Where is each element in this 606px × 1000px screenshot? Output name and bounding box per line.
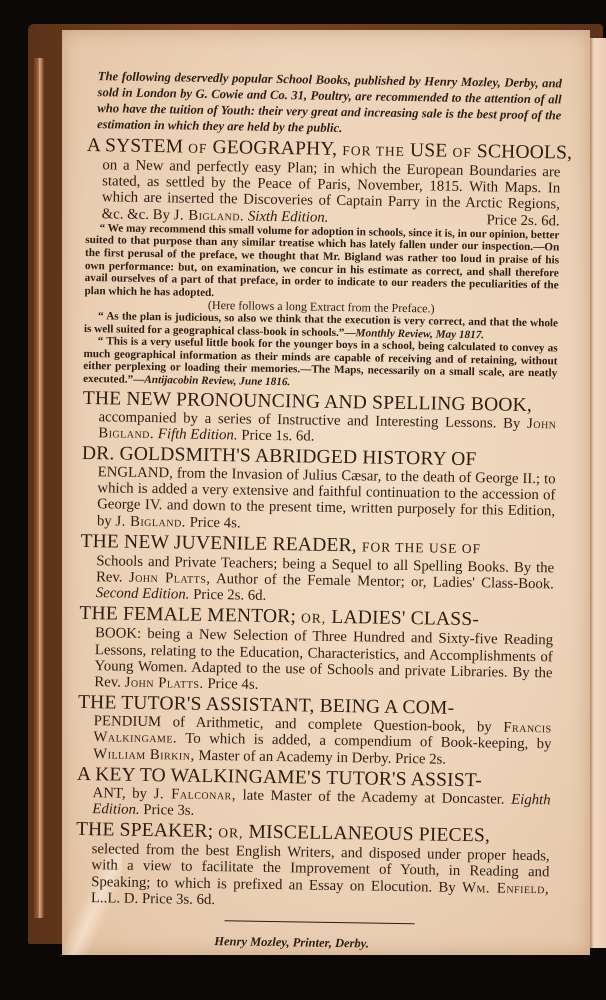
book-entry-geography: A SYSTEM OF GEOGRAPHY, FOR THE USE OF SC… — [83, 136, 561, 393]
edition: Second Edition. — [96, 585, 190, 602]
horizontal-rule — [225, 920, 415, 924]
edition: Fifth Edition. — [158, 426, 238, 443]
book-entry-the-speaker: THE SPEAKER; OR, MISCELLANEOUS PIECES, s… — [75, 820, 550, 913]
book-description: ENGLAND, from the Invasion of Julius Cæs… — [81, 464, 556, 536]
book-entry-spelling-book: THE NEW PRONOUNCING AND SPELLING BOOK, a… — [82, 388, 557, 448]
book-entry-history-of-england: DR. GOLDSMITH'S ABRIDGED HISTORY OF ENGL… — [81, 444, 556, 536]
price: Price 2s. — [395, 750, 446, 767]
edition: Sixth Edition. — [248, 208, 329, 225]
book-description: BOOK: being a New Selection of Three Hun… — [78, 625, 553, 697]
review-source: Antijacobin Review, June 1816. — [144, 374, 290, 388]
book-entry-juvenile-reader: THE NEW JUVENILE READER, FOR THE USE OF … — [80, 532, 555, 609]
printer-imprint: Henry Mozley, Printer, Derby. — [214, 934, 548, 954]
author-name: John Platts, — [129, 570, 211, 587]
book-description: Schools and Private Teachers; being a Se… — [80, 553, 555, 609]
book-entry-female-mentor: THE FEMALE MENTOR; OR, LADIES' CLASS- BO… — [78, 604, 553, 697]
book-description: ANT, by J. Falconar, late Master of the … — [76, 785, 550, 825]
author-name: J. Bigland. — [174, 207, 245, 224]
price: Price 2s. 6d. — [486, 212, 559, 229]
author-name: J. Falconar, — [154, 786, 237, 803]
price: Price 4s. — [190, 514, 241, 531]
author-name: John Platts. — [125, 675, 204, 692]
book-entry-key-to-walkingame: A KEY TO WALKINGAME'S TUTOR'S ASSIST- AN… — [76, 765, 551, 825]
book-entry-tutors-assistant: THE TUTOR'S ASSISTANT, BEING A COM- PEND… — [77, 693, 552, 769]
price: Price 4s. — [207, 676, 258, 693]
author-name: Wm. Enfield, — [462, 880, 549, 897]
adjacent-page-edge — [590, 38, 606, 948]
author-name: William Birkin, — [93, 746, 195, 764]
intro-paragraph: The following deservedly popular School … — [87, 68, 562, 139]
review-quote: “ We may recommend this small volume for… — [84, 222, 559, 305]
price: Price 2s. 6d. — [193, 587, 266, 604]
cover-spine-edge — [34, 58, 44, 918]
book-description: on a New and perfectly easy Plan; in whi… — [86, 157, 561, 229]
advertisement-text: The following deservedly popular School … — [74, 68, 562, 966]
author-name: J. Bigland. — [115, 513, 186, 530]
price: Price 3s. — [143, 802, 194, 819]
book-description: PENDIUM of Arithmetic, and complete Ques… — [77, 713, 552, 769]
book-description: selected from the best English Writers, … — [75, 841, 550, 913]
book-description: accompanied by a series of Instructive a… — [82, 408, 556, 448]
price: Price 3s. 6d. — [142, 891, 215, 908]
price: Price 1s. 6d. — [241, 427, 314, 444]
review-quote: “ This is a very useful little book for … — [83, 335, 558, 393]
